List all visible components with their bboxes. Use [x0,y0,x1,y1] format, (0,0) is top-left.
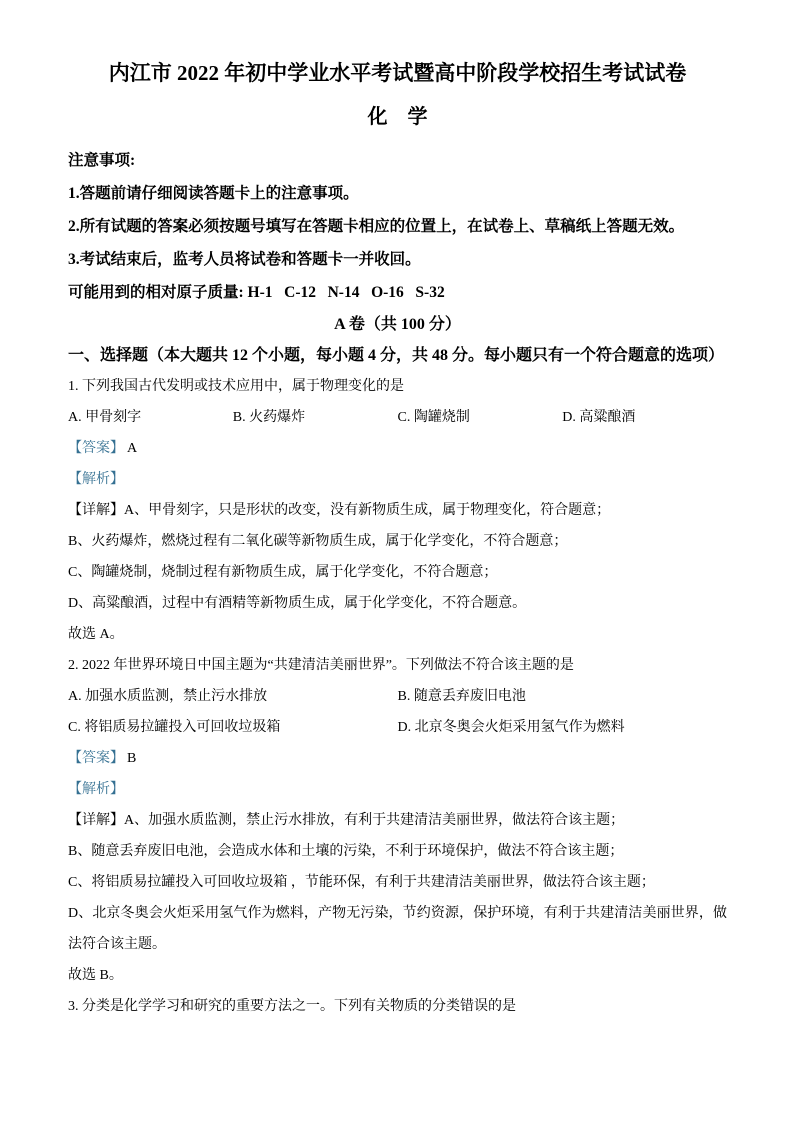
notice-item-2: 2.所有试题的答案必须按题号填写在答题卡相应的位置上，在试卷上、草稿纸上答题无效… [68,210,727,243]
question-3-stem: 3. 分类是化学学习和研究的重要方法之一。下列有关物质的分类错误的是 [68,991,727,1022]
question-2-option-c: C. 将铝质易拉罐投入可回收垃圾箱 [68,712,398,743]
question-1-stem: 1. 下列我国古代发明或技术应用中，属于物理变化的是 [68,371,727,402]
page-title: 内江市 2022 年初中学业水平考试暨高中阶段学校招生考试试卷 [68,56,727,90]
question-1-option-a: A. 甲骨刻字 [68,402,233,433]
question-2: 2. 2022 年世界环境日中国主题为“共建清洁美丽世界”。下列做法不符合该主题… [68,650,727,991]
analysis-label: 【解析】 [68,774,727,805]
question-1: 1. 下列我国古代发明或技术应用中，属于物理变化的是 A. 甲骨刻字 B. 火药… [68,371,727,650]
notice-item-3: 3.考试结束后，监考人员将试卷和答题卡一并收回。 [68,243,727,276]
question-1-options: A. 甲骨刻字 B. 火药爆炸 C. 陶罐烧制 D. 高粱酿酒 [68,402,727,433]
question-2-conclusion: 故选 B。 [68,960,727,991]
section-one-heading: 一、选择题（本大题共 12 个小题，每小题 4 分，共 48 分。每小题只有一个… [68,340,727,371]
question-2-option-d: D. 北京冬奥会火炬采用氢气作为燃料 [398,712,728,743]
exam-document-page: 内江市 2022 年初中学业水平考试暨高中阶段学校招生考试试卷 化 学 注意事项… [0,0,793,1122]
subject-title: 化 学 [68,100,727,134]
answer-label: 【答案】 [68,441,124,456]
question-2-option-a: A. 加强水质监测，禁止污水排放 [68,681,398,712]
analysis-label: 【解析】 [68,464,727,495]
question-1-detail-a: 【详解】A、甲骨刻字，只是形状的改变，没有新物质生成，属于物理变化，符合题意； [68,495,727,526]
answer-value: B [127,751,136,766]
question-1-option-c: C. 陶罐烧制 [398,402,563,433]
question-1-detail-c: C、陶罐烧制，烧制过程有新物质生成，属于化学变化，不符合题意； [68,557,727,588]
section-a-title: A 卷（共 100 分） [68,309,727,340]
question-2-detail-d: D、北京冬奥会火炬采用氢气作为燃料，产物无污染，节约资源，保护环境，有利于共建清… [68,898,727,960]
atomic-masses-line: 可能用到的相对原子质量: H-1 C-12 N-14 O-16 S-32 [68,276,727,309]
question-2-options-row-2: C. 将铝质易拉罐投入可回收垃圾箱 D. 北京冬奥会火炬采用氢气作为燃料 [68,712,727,743]
question-2-option-b: B. 随意丢弃废旧电池 [398,681,728,712]
question-2-options-row-1: A. 加强水质监测，禁止污水排放 B. 随意丢弃废旧电池 [68,681,727,712]
question-2-detail-a: 【详解】A、加强水质监测，禁止污水排放，有利于共建清洁美丽世界，做法符合该主题； [68,805,727,836]
question-1-option-d: D. 高粱酿酒 [562,402,727,433]
question-2-answer-line: 【答案】B [68,743,727,774]
answer-value: A [127,441,137,456]
notices-heading: 注意事项: [68,144,727,177]
question-2-detail-c: C、将铝质易拉罐投入可回收垃圾箱 ，节能环保，有利于共建清洁美丽世界，做法符合该… [68,867,727,898]
question-1-option-b: B. 火药爆炸 [233,402,398,433]
question-1-detail-b: B、火药爆炸，燃烧过程有二氧化碳等新物质生成，属于化学变化，不符合题意； [68,526,727,557]
notice-item-1: 1.答题前请仔细阅读答题卡上的注意事项。 [68,177,727,210]
question-3: 3. 分类是化学学习和研究的重要方法之一。下列有关物质的分类错误的是 [68,991,727,1022]
question-2-detail-b: B、随意丢弃废旧电池，会造成水体和土壤的污染，不利于环境保护，做法不符合该主题； [68,836,727,867]
question-1-detail-d: D、高粱酿酒，过程中有酒精等新物质生成，属于化学变化，不符合题意。 [68,588,727,619]
question-1-answer-line: 【答案】A [68,433,727,464]
answer-label: 【答案】 [68,751,124,766]
question-1-conclusion: 故选 A。 [68,619,727,650]
question-2-stem: 2. 2022 年世界环境日中国主题为“共建清洁美丽世界”。下列做法不符合该主题… [68,650,727,681]
